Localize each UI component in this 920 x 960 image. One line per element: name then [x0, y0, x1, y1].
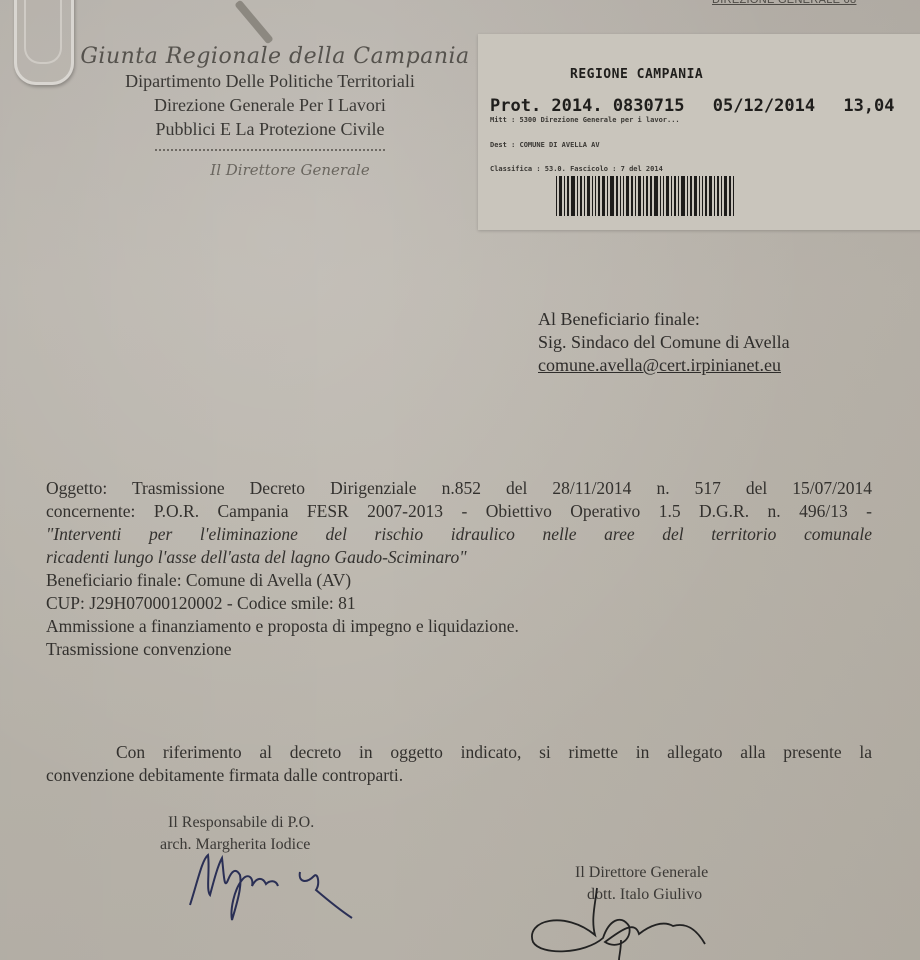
- right-signatory-name: dott. Italo Giulivo: [575, 884, 708, 906]
- letterhead-signatory: Il Direttore Generale: [100, 161, 480, 179]
- subject-title-line-2: ricadenti lungo l'asse dell'asta del lag…: [46, 546, 872, 569]
- signature-block-right: Il Direttore Generale dott. Italo Giuliv…: [575, 862, 708, 906]
- subject-line-1: Oggetto: Trasmissione Decreto Dirigenzia…: [46, 477, 872, 500]
- right-signatory-title: Il Direttore Generale: [575, 862, 708, 884]
- subject-beneficiary: Beneficiario finale: Comune di Avella (A…: [46, 569, 872, 592]
- recipient-name: Sig. Sindaco del Comune di Avella: [538, 331, 790, 354]
- paper-clip-shadow: [234, 0, 274, 44]
- protocol-sender: Mitt : 5300 Direzione Generale per i lav…: [490, 116, 680, 124]
- subject-transmission: Trasmissione convenzione: [46, 638, 872, 661]
- body-line-2: convenzione debitamente firmata dalle co…: [46, 764, 872, 787]
- subject-line-2: concernente: P.O.R. Campania FESR 2007-2…: [46, 500, 872, 523]
- left-signatory-name: arch. Margherita Iodice: [160, 834, 314, 856]
- protocol-date: 05/12/2014: [713, 96, 815, 116]
- institution-name: Giunta Regionale della Campania: [70, 44, 480, 69]
- department-line: Dipartimento Delle Politiche Territorial…: [60, 69, 480, 93]
- signature-block-left: Il Responsabile di P.O. arch. Margherita…: [160, 812, 314, 856]
- subject-cup: CUP: J29H07000120002 - Codice smile: 81: [46, 592, 872, 615]
- directorate-line-1: Direzione Generale Per I Lavori: [60, 93, 480, 117]
- body-paragraph: Con riferimento al decreto in oggetto in…: [46, 741, 872, 787]
- directorate-line-2: Pubblici E La Protezione Civile: [60, 117, 480, 141]
- subject-block: Oggetto: Trasmissione Decreto Dirigenzia…: [46, 477, 872, 661]
- protocol-number-line: Prot. 2014. 0830715 05/12/2014 13,04: [490, 96, 913, 116]
- body-line-1: Con riferimento al decreto in oggetto in…: [46, 741, 872, 764]
- protocol-number: Prot. 2014. 0830715: [490, 96, 684, 116]
- recipient-block: Al Beneficiario finale: Sig. Sindaco del…: [538, 308, 790, 377]
- dotted-divider: [155, 149, 385, 151]
- protocol-recipient: Dest : COMUNE DI AVELLA AV: [490, 141, 600, 149]
- protocol-label: REGIONE CAMPANIA Prot. 2014. 0830715 05/…: [478, 34, 920, 230]
- paper-clip-inner: [24, 0, 62, 64]
- subject-admission: Ammissione a finanziamento e proposta di…: [46, 615, 872, 638]
- top-stamp: DIREZIONE GENERALE 08: [712, 0, 856, 6]
- recipient-email-link[interactable]: comune.avella@cert.irpinianet.eu: [538, 355, 781, 375]
- recipient-label: Al Beneficiario finale:: [538, 308, 790, 331]
- letterhead: Giunta Regionale della Campania Dipartim…: [60, 44, 480, 179]
- protocol-classification: Classifica : 53.0. Fascicolo : 7 del 201…: [490, 165, 663, 173]
- protocol-header: REGIONE CAMPANIA: [570, 67, 703, 82]
- barcode: [556, 176, 796, 216]
- subject-title-line-1: "Interventi per l'eliminazione del risch…: [46, 523, 872, 546]
- protocol-time: 13,04: [843, 96, 894, 116]
- left-signatory-title: Il Responsabile di P.O.: [160, 812, 314, 834]
